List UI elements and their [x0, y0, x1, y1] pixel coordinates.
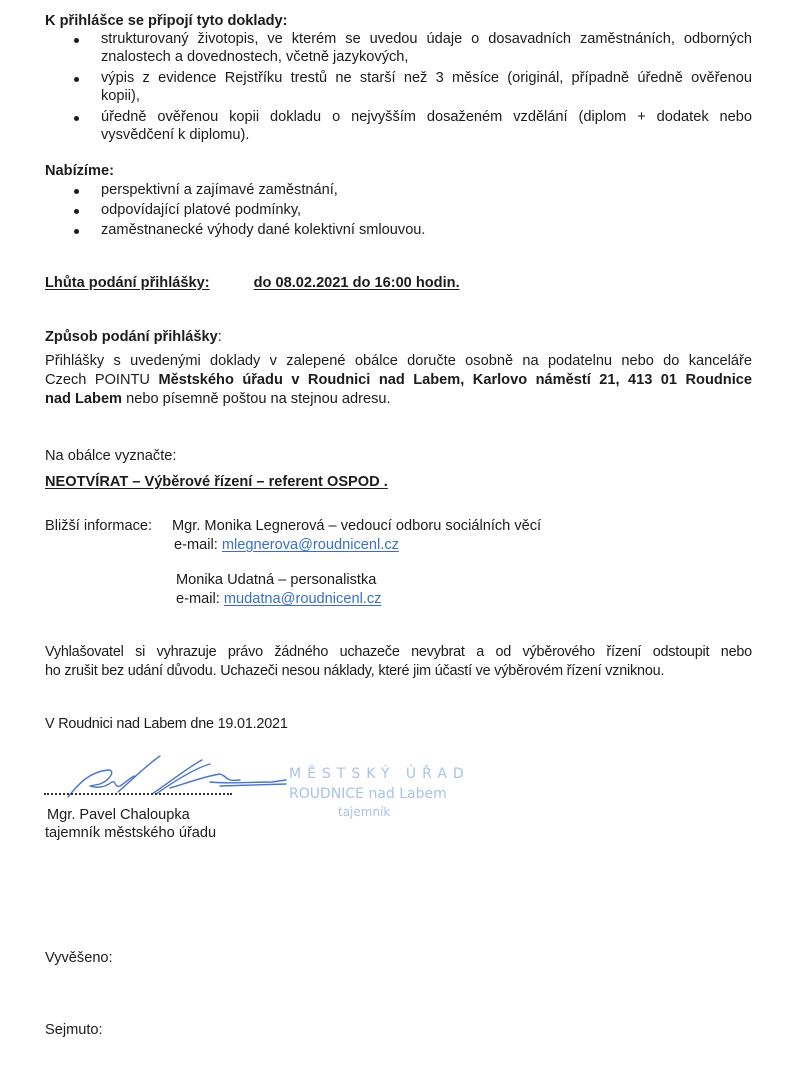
submission-text-end: nebo písemně poštou na stejnou adresu. [122, 391, 391, 407]
stamp-line-1: MĚSTSKÝ ÚŘAD [289, 766, 470, 782]
email-label: e-mail: [174, 537, 218, 553]
stamp-line-3: tajemník [338, 805, 390, 819]
list-item-text: zaměstnanecké výhody dané kolektivní sml… [101, 221, 425, 239]
bullet-icon [74, 77, 79, 82]
list-item-line: znalostech a dovednostech, včetně jazyko… [101, 48, 408, 66]
email-label: e-mail: [176, 591, 220, 607]
deadline-value: do 08.02.2021 do 16:00 hodin. [254, 275, 460, 291]
colon: : [218, 329, 222, 345]
list-item-text: odpovídající platové podmínky, [101, 201, 301, 219]
posted-label: Vyvěšeno: [45, 949, 113, 967]
disclaimer-line-1: Vyhlašovatel si vyhrazuje právo žádného … [45, 643, 752, 661]
signatory-title: tajemník městského úřadu [45, 824, 216, 842]
place-date: V Roudnici nad Labem dne 19.01.2021 [45, 715, 288, 733]
removed-label: Sejmuto: [45, 1021, 103, 1039]
contact-name: Mgr. Monika Legnerová – vedoucí odboru s… [172, 517, 541, 535]
list-item-text: perspektivní a zajímavé zaměstnání, [101, 181, 338, 199]
bullet-icon [74, 229, 79, 234]
bullet-icon [74, 189, 79, 194]
deadline-label: Lhůta podání přihlášky: [45, 275, 210, 291]
submission-address: Městského úřadu v Roudnici nad Labem, Ka… [158, 372, 752, 388]
contacts-label: Bližší informace: [45, 517, 152, 535]
submission-text: Czech POINTU [45, 372, 158, 388]
bullet-icon [74, 38, 79, 43]
deadline: Lhůta podání přihlášky:do 08.02.2021 do … [45, 274, 460, 292]
submission-line-1: Přihlášky s uvedenými doklady v zalepené… [45, 352, 752, 370]
list-item-line: strukturovaný životopis, ve kterém se uv… [101, 30, 752, 48]
envelope-marking: NEOTVÍRAT – Výběrové řízení – referent O… [45, 473, 388, 491]
list-item-line: výpis z evidence Rejstříku trestů ne sta… [101, 69, 752, 87]
contact-email-link[interactable]: mudatna@roudnicenl.cz [224, 591, 382, 607]
stamp-line-2: ROUDNICE nad Labem [289, 786, 447, 802]
contact-email-row: e-mail: mudatna@roudnicenl.cz [176, 590, 381, 608]
submission-heading: Způsob podání přihlášky [45, 329, 218, 345]
offer-heading: Nabízíme: [45, 162, 114, 180]
envelope-label: Na obálce vyznačte: [45, 447, 176, 465]
disclaimer-line-2: ho zrušit bez udání důvodu. Uchazeči nes… [45, 662, 664, 680]
contact-email-link[interactable]: mlegnerova@roudnicenl.cz [222, 537, 399, 553]
list-item-line: kopii), [101, 87, 140, 105]
signatory-name: Mgr. Pavel Chaloupka [47, 806, 190, 824]
signature-line [44, 793, 232, 795]
bullet-icon [74, 116, 79, 121]
bullet-icon [74, 209, 79, 214]
contact-name: Monika Udatná – personalistka [176, 571, 376, 589]
submission-line-2: Czech POINTU Městského úřadu v Roudnici … [45, 371, 752, 389]
attachments-heading: K přihlášce se připojí tyto doklady: [45, 12, 287, 30]
list-item-line: vysvědčení k diplomu). [101, 126, 249, 144]
contact-email-row: e-mail: mlegnerova@roudnicenl.cz [174, 536, 399, 554]
submission-line-3: nad Labem nebo písemně poštou na stejnou… [45, 390, 391, 408]
submission-heading-row: Způsob podání přihlášky: [45, 328, 222, 346]
list-item-line: úředně ověřenou kopii dokladu o nejvyšší… [101, 108, 752, 126]
submission-address-end: nad Labem [45, 391, 122, 407]
